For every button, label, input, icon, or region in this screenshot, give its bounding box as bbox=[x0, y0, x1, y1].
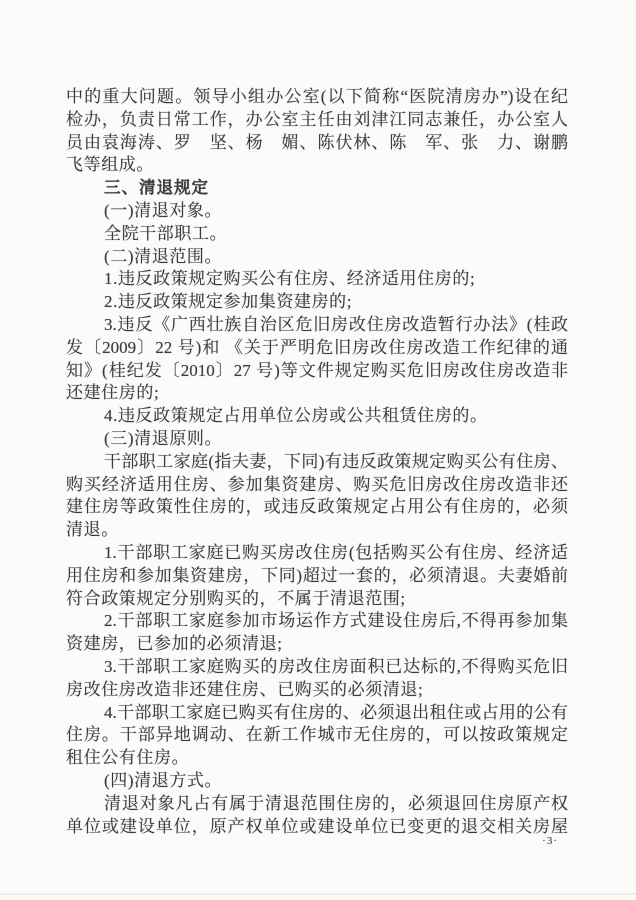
text-line: 4.干部职工家庭已购买有住房的、必须退出租住或占用的公有 bbox=[66, 702, 568, 725]
text-line: 全院干部职工。 bbox=[66, 223, 568, 246]
text-line: 租住公有住房。 bbox=[66, 747, 568, 770]
text-line: 发〔2009〕22 号)和 《关于严明危旧房改住房改造工作纪律的通 bbox=[66, 337, 568, 360]
text-line: 干部职工家庭(指夫妻，下同)有违反政策规定购买公有住房、 bbox=[66, 451, 568, 474]
text-line: (四)清退方式。 bbox=[66, 770, 568, 793]
text-line: 还建住房的; bbox=[66, 382, 568, 405]
text-line: 检办，负责日常工作，办公室主任由刘津江同志兼任，办公室人 bbox=[66, 109, 568, 132]
text-line: (三)清退原则。 bbox=[66, 428, 568, 451]
text-line: 1.违反政策规定购买公有住房、经济适用住房的; bbox=[66, 268, 568, 291]
text-line: 2.干部职工家庭参加市场运作方式建设住房后,不得再参加集 bbox=[66, 610, 568, 633]
text-line: 清退。 bbox=[66, 519, 568, 542]
text-line: 中的重大问题。领导小组办公室(以下简称“医院清房办”)设在纪 bbox=[66, 86, 568, 109]
text-line: (一)清退对象。 bbox=[66, 200, 568, 223]
text-line: 员由袁海涛、罗 坚、杨 媚、陈伏林、陈 军、张 力、谢鹏 bbox=[66, 132, 568, 155]
text-line: 用住房和参加集资建房，下同)超过一套的，必须清退。夫妻婚前 bbox=[66, 565, 568, 588]
text-line: 符合政策规定分别购买的，不属于清退范围; bbox=[66, 588, 568, 611]
text-line: 3.违反《广西壮族自治区危旧房改住房改造暂行办法》(桂政 bbox=[66, 314, 568, 337]
scan-edge-line bbox=[0, 893, 636, 895]
text-line: 房改住房改造非还建住房、已购买的必须清退; bbox=[66, 679, 568, 702]
page-number: ·3· bbox=[542, 835, 558, 847]
text-line: (二)清退范围。 bbox=[66, 246, 568, 269]
text-line: 知》(桂纪发〔2010〕27 号)等文件规定购买危旧房改住房改造非 bbox=[66, 360, 568, 383]
text-line: 单位或建设单位，原产权单位或建设单位已变更的退交相关房屋 bbox=[66, 816, 568, 839]
text-line: 住房。干部异地调动、在新工作城市无住房的，可以按政策规定 bbox=[66, 724, 568, 747]
text-line: 4.违反政策规定占用单位公房或公共租赁住房的。 bbox=[66, 405, 568, 428]
text-line: 购买经济适用住房、参加集资建房、购买危旧房改住房改造非还 bbox=[66, 474, 568, 497]
text-line: 建住房等政策性住房的，或违反政策规定占用公有住房的，必须 bbox=[66, 496, 568, 519]
text-line: 清退对象凡占有属于清退范围住房的，必须退回住房原产权 bbox=[66, 793, 568, 816]
scanned-document-page: 中的重大问题。领导小组办公室(以下简称“医院清房办”)设在纪检办，负责日常工作，… bbox=[0, 0, 636, 900]
text-line: 三、清退规定 bbox=[66, 177, 568, 200]
document-body: 中的重大问题。领导小组办公室(以下简称“医院清房办”)设在纪检办，负责日常工作，… bbox=[66, 86, 568, 838]
text-line: 3.干部职工家庭购买的房改住房面积已达标的,不得购买危旧 bbox=[66, 656, 568, 679]
text-line: 飞等组成。 bbox=[66, 154, 568, 177]
text-line: 1.干部职工家庭已购买房改住房(包括购买公有住房、经济适 bbox=[66, 542, 568, 565]
text-line: 资建房，已参加的必须清退; bbox=[66, 633, 568, 656]
text-line: 2.违反政策规定参加集资建房的; bbox=[66, 291, 568, 314]
